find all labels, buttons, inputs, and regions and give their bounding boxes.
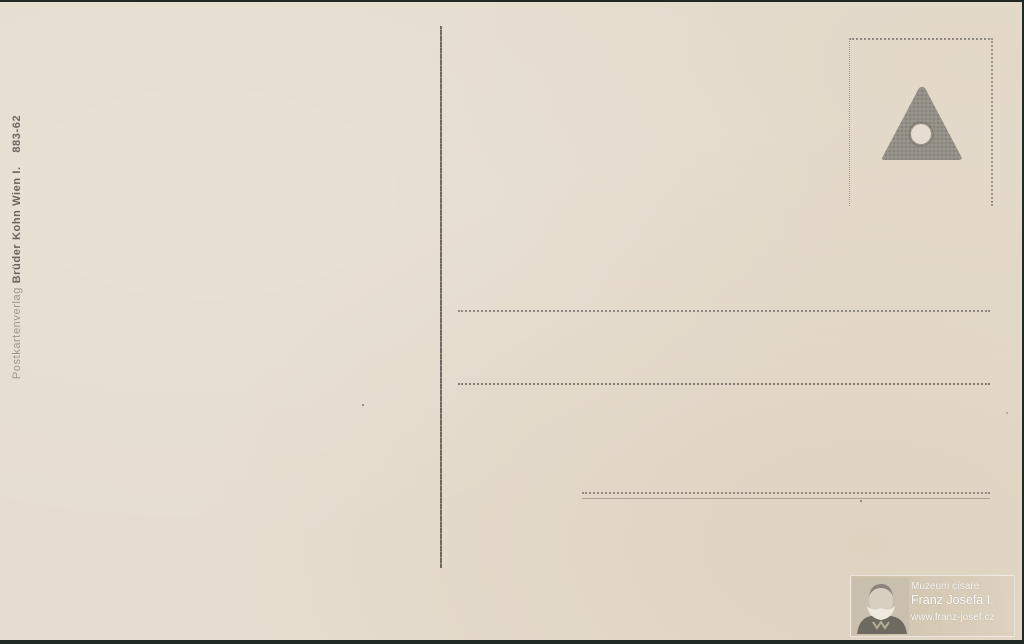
publisher-imprint: Postkartenverlag Brüder Kohn Wien I. 883…: [11, 115, 23, 379]
paper-speck: [1006, 412, 1008, 414]
address-line-3-underline: [582, 498, 990, 499]
museum-watermark-text: Muzeum císaře Franz Josefa I. www.franz-…: [911, 582, 994, 623]
card-number: 883-62: [11, 115, 23, 153]
stamp-box: [849, 38, 993, 206]
postcard-back: Postkartenverlag Brüder Kohn Wien I. 883…: [0, 2, 1022, 640]
watermark-line-1: Muzeum císaře: [911, 582, 994, 593]
center-divider-line: [440, 26, 442, 568]
publisher-prefix: Postkartenverlag: [11, 287, 23, 379]
publisher-name: Brüder Kohn Wien I.: [11, 166, 23, 283]
watermark-line-2: Franz Josefa I.: [911, 594, 994, 607]
triangle-stamp-placeholder-icon: [881, 86, 963, 160]
paper-speck: [860, 500, 862, 502]
museum-watermark-badge: Muzeum císaře Franz Josefa I. www.franz-…: [850, 575, 1015, 637]
address-line-1: [458, 310, 990, 312]
address-line-3: [582, 492, 990, 494]
watermark-url: www.franz-josef.cz: [911, 613, 994, 624]
emperor-portrait-icon: [853, 578, 909, 634]
paper-speck: [362, 404, 364, 406]
address-line-2: [458, 383, 990, 385]
